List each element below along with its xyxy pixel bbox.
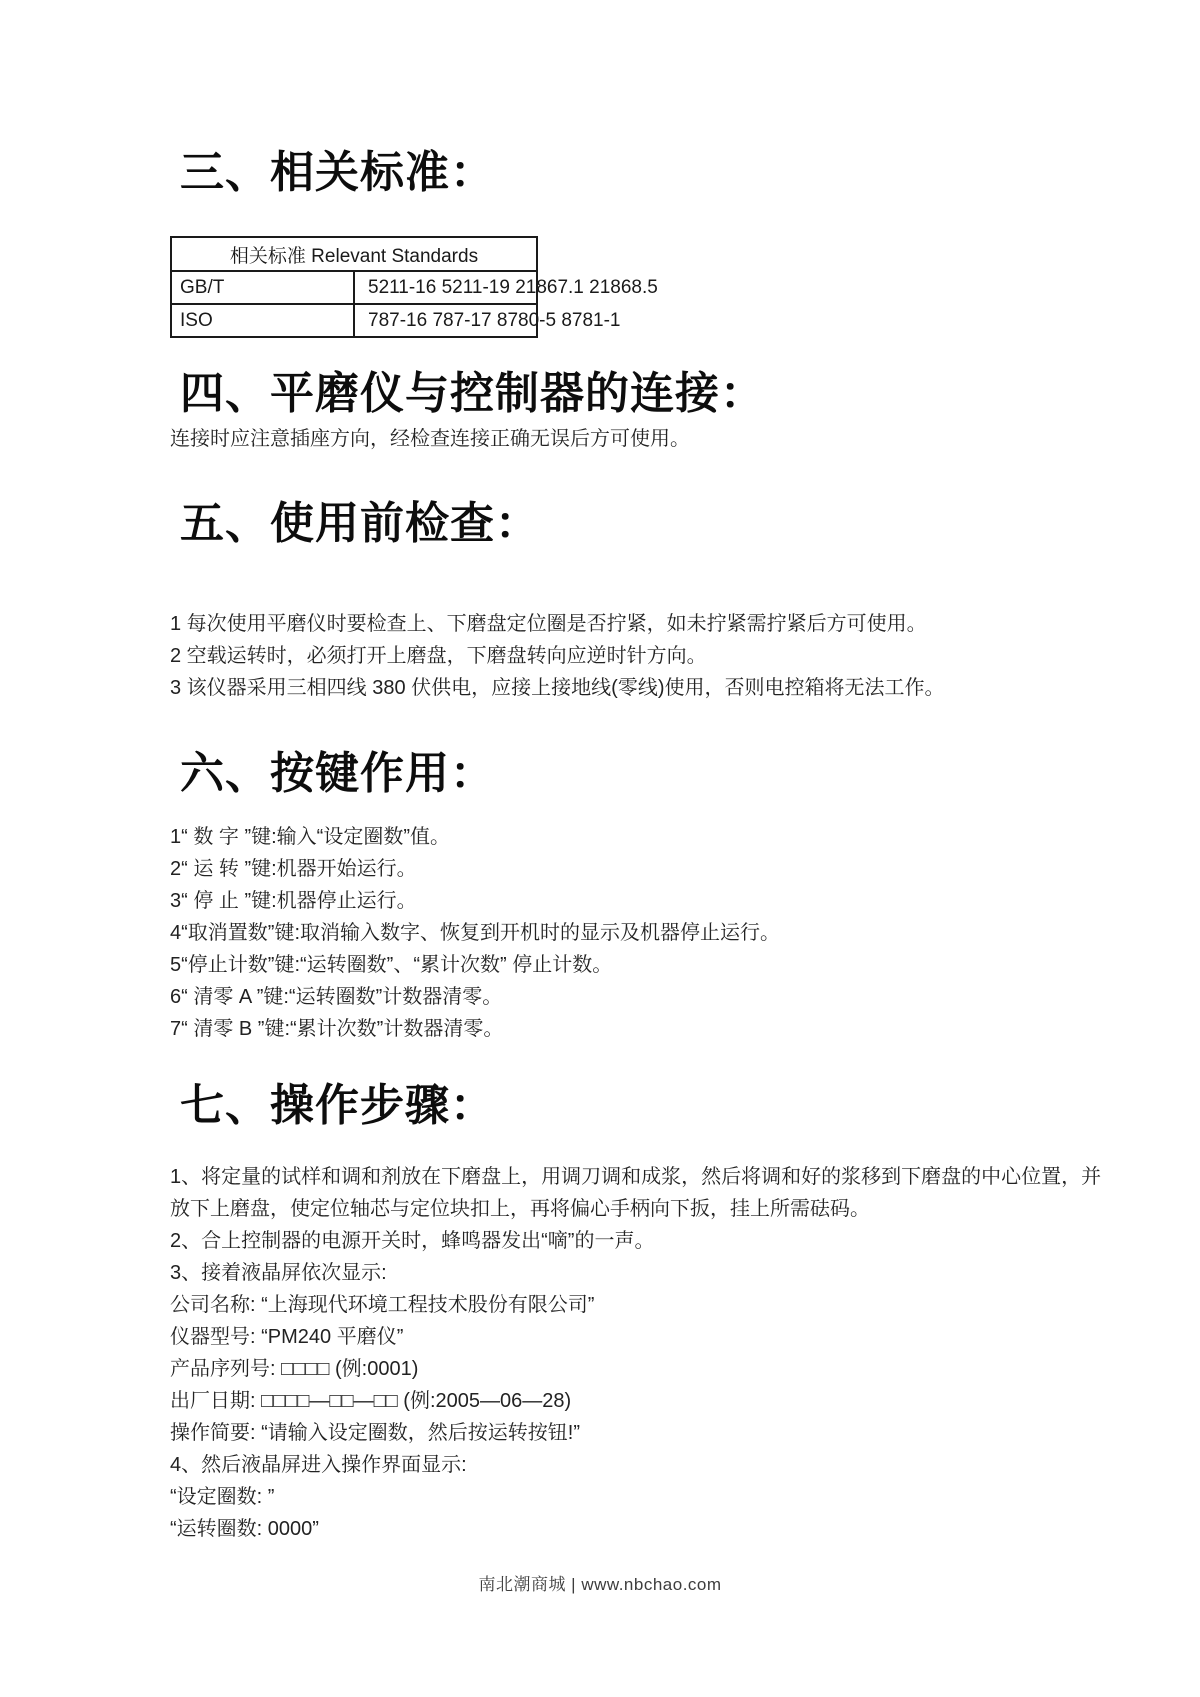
standard-values-gbt: 5211-16 5211-19 21867.1 21868.5 xyxy=(354,271,537,304)
standard-label-gbt: GB/T xyxy=(171,271,354,304)
operation-step-line: 4、然后液晶屏进入操作界面显示: xyxy=(170,1449,1160,1481)
operation-step-line: “设定圈数: ” xyxy=(170,1481,1160,1513)
section-6-body: 1“ 数 字 ”键:输入“设定圈数”值。 2“ 运 转 ”键:机器开始运行。 3… xyxy=(170,821,1160,1045)
section-4-heading: 四、平磨仪与控制器的连接： xyxy=(170,364,1160,423)
operation-step-line: 公司名称: “上海现代环境工程技术股份有限公司” xyxy=(170,1289,1160,1321)
standard-values-iso: 787-16 787-17 8780-5 8781-1 xyxy=(354,304,537,337)
check-item: 3 该仪器采用三相四线 380 伏供电，应接上接地线(零线)使用，否则电控箱将无… xyxy=(170,672,1160,704)
operation-step-line: 3、接着液晶屏依次显示: xyxy=(170,1257,1160,1289)
key-function-item: 2“ 运 转 ”键:机器开始运行。 xyxy=(170,853,1160,885)
page-content: 三、相关标准： 相关标准 Relevant Standards GB/T 521… xyxy=(0,143,1200,1545)
standards-table-header: 相关标准 Relevant Standards xyxy=(171,237,537,271)
operation-step-line: 仪器型号: “PM240 平磨仪” xyxy=(170,1321,1160,1353)
page-footer-watermark: 南北潮商城 | www.nbchao.com xyxy=(0,1573,1200,1597)
key-function-item: 7“ 清零 B ”键:“累计次数”计数器清零。 xyxy=(170,1013,1160,1045)
operation-step-line: 2、合上控制器的电源开关时，蜂鸣器发出“嘀”的一声。 xyxy=(170,1225,1160,1257)
check-item: 2 空载运转时，必须打开上磨盘，下磨盘转向应逆时针方向。 xyxy=(170,640,1160,672)
key-function-item: 5“停止计数”键:“运转圈数”、“累计次数” 停止计数。 xyxy=(170,949,1160,981)
key-function-item: 1“ 数 字 ”键:输入“设定圈数”值。 xyxy=(170,821,1160,853)
table-row: GB/T 5211-16 5211-19 21867.1 21868.5 xyxy=(171,271,537,304)
manual-page: 三、相关标准： 相关标准 Relevant Standards GB/T 521… xyxy=(0,0,1200,1697)
standards-table-header-row: 相关标准 Relevant Standards xyxy=(171,237,537,271)
section-5-body: 1 每次使用平磨仪时要检查上、下磨盘定位圈是否拧紧，如未拧紧需拧紧后方可使用。 … xyxy=(170,608,1160,704)
section-7-body: 1、将定量的试样和调和剂放在下磨盘上，用调刀调和成浆，然后将调和好的浆移到下磨盘… xyxy=(170,1161,1160,1545)
section-3-heading: 三、相关标准： xyxy=(170,143,1160,202)
standards-table: 相关标准 Relevant Standards GB/T 5211-16 521… xyxy=(170,236,538,338)
operation-step-line: 操作简要: “请输入设定圈数，然后按运转按钮!” xyxy=(170,1417,1160,1449)
standard-label-iso: ISO xyxy=(171,304,354,337)
operation-step-line: “运转圈数: 0000” xyxy=(170,1513,1160,1545)
section-6-heading: 六、按键作用： xyxy=(170,744,1160,803)
key-function-item: 6“ 清零 A ”键:“运转圈数”计数器清零。 xyxy=(170,981,1160,1013)
key-function-item: 3“ 停 止 ”键:机器停止运行。 xyxy=(170,885,1160,917)
section-5-heading: 五、使用前检查： xyxy=(170,494,1160,553)
table-row: ISO 787-16 787-17 8780-5 8781-1 xyxy=(171,304,537,337)
operation-step-line: 产品序列号: □□□□ (例:0001) xyxy=(170,1353,1160,1385)
operation-step-line: 放下上磨盘，使定位轴芯与定位块扣上，再将偏心手柄向下扳，挂上所需砝码。 xyxy=(170,1193,1160,1225)
section-4-body: 连接时应注意插座方向，经检查连接正确无误后方可使用。 xyxy=(170,423,1160,455)
operation-step-line: 1、将定量的试样和调和剂放在下磨盘上，用调刀调和成浆，然后将调和好的浆移到下磨盘… xyxy=(170,1161,1160,1193)
check-item: 1 每次使用平磨仪时要检查上、下磨盘定位圈是否拧紧，如未拧紧需拧紧后方可使用。 xyxy=(170,608,1160,640)
operation-step-line: 出厂日期: □□□□—□□—□□ (例:2005—06—28) xyxy=(170,1385,1160,1417)
key-function-item: 4“取消置数”键:取消输入数字、恢复到开机时的显示及机器停止运行。 xyxy=(170,917,1160,949)
section-7-heading: 七、操作步骤： xyxy=(170,1076,1160,1135)
